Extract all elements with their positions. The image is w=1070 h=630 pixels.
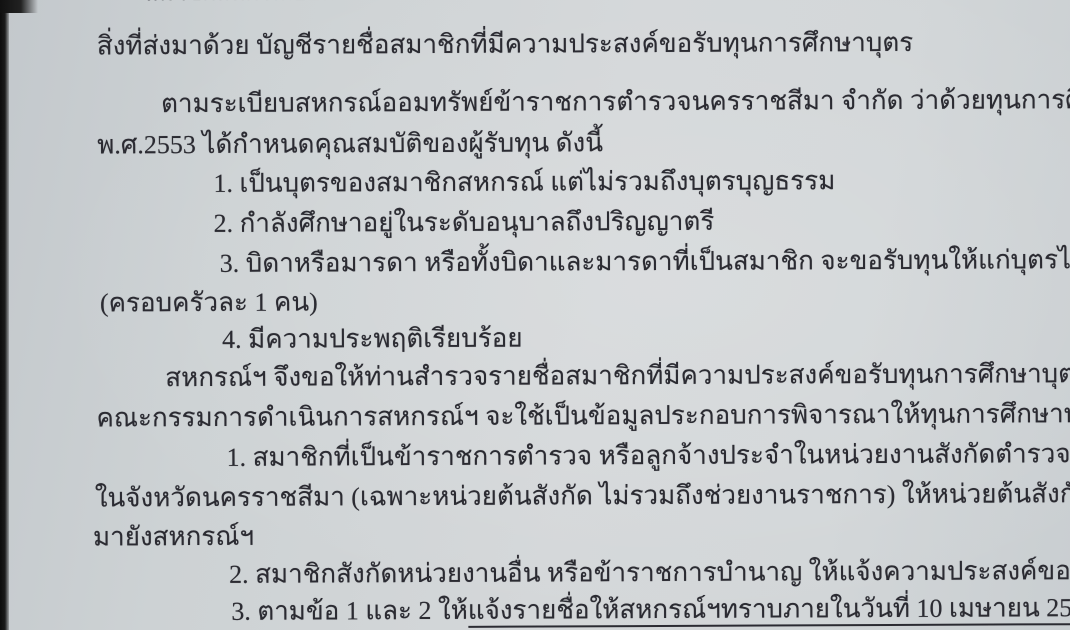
regulation-paragraph-line-2: พ.ศ.2553 ได้กำหนดคุณสมบัติของผู้รับทุน ด… (97, 126, 603, 161)
qualification-item-4: 4. มีความประพฤติเรียบร้อย (222, 322, 523, 356)
qualification-item-3-line-2: (ครอบครัวละ 1 คน) (100, 285, 318, 319)
document-text-layer: สมาชิกสหกรณ์ออมทรัพย์ข้าราชการตำรวจนครรา… (0, 0, 1070, 630)
instruction-item-1-line-2: ในจังหวัดนครราชสีมา (เฉพาะหน่วยต้นสังกัด… (95, 476, 1070, 514)
request-paragraph-line-2: คณะกรรมการดำเนินการสหกรณ์ฯ จะใช้เป็นข้อม… (96, 396, 1070, 434)
instruction-item-3-prefix: 3. ตามข้อ 1 และ 2 ให้ (231, 596, 468, 626)
instruction-item-3-underlined-deadline: แจ้งรายชื่อให้สหกรณ์ฯทราบภายในวันที่ 10 … (468, 593, 1070, 628)
scanned-document-page: สมาชิกสหกรณ์ออมทรัพย์ข้าราชการตำรวจนครรา… (0, 0, 1070, 630)
instruction-item-1-line-3: มายังสหกรณ์ฯ (93, 520, 254, 554)
attachment-line: สิ่งที่ส่งมาด้วย บัญชีรายชื่อสมาชิกที่มี… (97, 26, 914, 63)
qualification-item-2: 2. กำลังศึกษาอยู่ในระดับอนุบาลถึงปริญญาต… (214, 205, 715, 240)
instruction-item-3: 3. ตามข้อ 1 และ 2 ให้แจ้งรายชื่อให้สหกรณ… (231, 591, 1070, 628)
request-paragraph-line-1: สหกรณ์ฯ จึงขอให้ท่านสำรวจรายชื่อสมาชิกที… (165, 357, 1070, 394)
qualification-item-3-line-1: 3. บิดาหรือมารดา หรือทั้งบิดาและมารดาที่… (220, 242, 1070, 280)
regulation-paragraph-line-1: ตามระเบียบสหกรณ์ออมทรัพย์ข้าราชการตำรวจน… (161, 82, 1070, 120)
qualification-item-1: 1. เป็นบุตรของสมาชิกสหกรณ์ แต่ไม่รวมถึงบ… (213, 164, 835, 200)
top-clipped-line: สมาชิกสหกรณ์ออมทรัพย์ข้าราชการตำรวจนครรา… (145, 0, 755, 9)
instruction-item-2: 2. สมาชิกสังกัดหน่วยงานอื่น หรือข้าราชกา… (229, 553, 1070, 591)
instruction-item-1-line-1: 1. สมาชิกที่เป็นข้าราชการตำรวจ หรือลูกจ้… (227, 436, 1070, 474)
